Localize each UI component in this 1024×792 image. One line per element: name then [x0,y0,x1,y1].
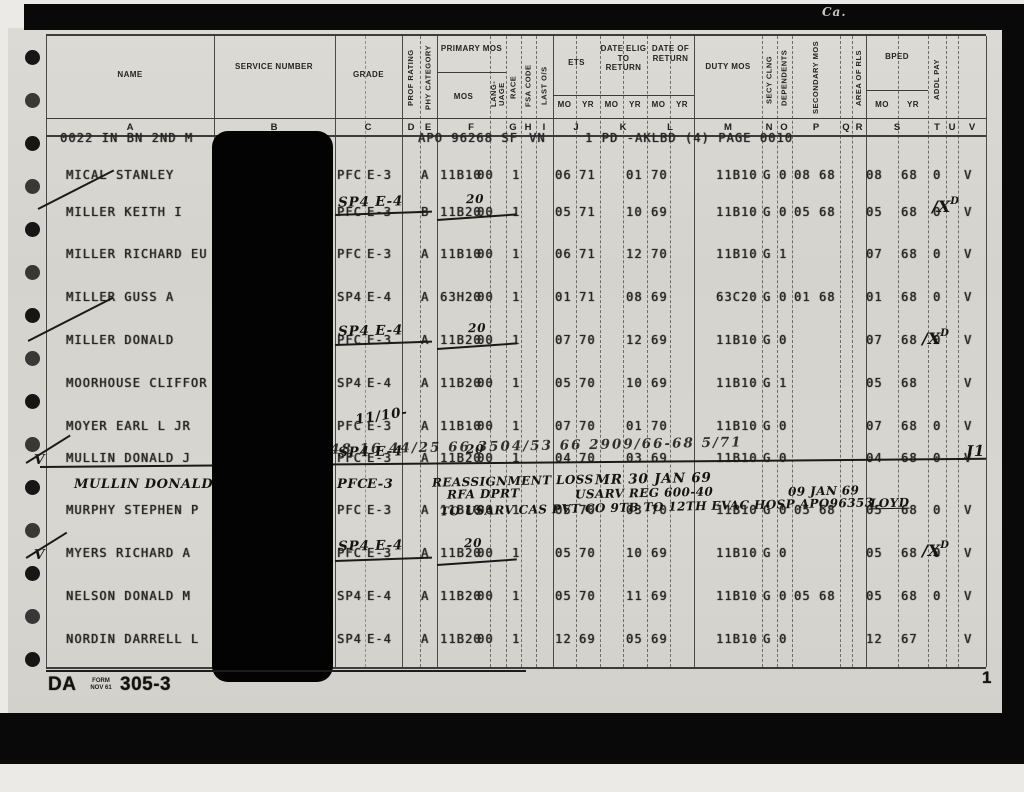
roster-cell-o: 1 [779,247,792,267]
roster-cell-s_yr: 68 [901,419,927,439]
roster-cell-s_mo: 01 [866,290,894,310]
roster-cell-j_yr: 71 [579,205,601,225]
roster-cell-name: MOYER EARL L JR [66,419,226,439]
roster-cell-duty: 11B10 [716,632,768,652]
roster-cell-j_yr: 70 [579,333,601,353]
roster-cell-g1: SP4 [337,376,365,396]
roster-cell-race: 1 [512,247,524,267]
roster-cell-j_mo: 12 [555,632,577,652]
roster-cell-g2: E-4 [367,376,400,396]
roster-cell-phy: A [421,632,435,652]
punch-hole [25,480,40,495]
column-header-vertical: FSA CODE [521,56,536,116]
roster-cell-lang: 00 [477,632,503,652]
column-header-vertical: DEPENDENTS [777,40,792,116]
punch-hole [25,351,40,366]
roster-cell-race: 1 [512,419,524,439]
column-rule [335,36,336,667]
column-header: MOS [437,92,490,102]
roster-cell-lang: 00 [477,290,503,310]
handwritten-x-mark: /XD [922,328,949,348]
punch-hole [25,50,40,65]
roster-cell-t: 0 [933,247,946,267]
punch-hole [25,93,40,108]
roster-cell-mos: 11B20 [440,205,482,225]
column-rule [986,36,987,667]
roster-cell-lang: 00 [477,168,503,188]
roster-cell-k_mo: 10 [626,546,648,566]
roster-cell-p: 08 68 [794,168,838,188]
roster-cell-s_mo: 05 [866,376,894,396]
roster-cell-v: V [964,247,982,267]
roster-cell-phy: A [421,168,435,188]
roster-cell-k_yr: 69 [651,589,673,609]
org-row-text: APO 96268 SF [418,131,518,151]
punch-hole [25,523,40,538]
roster-cell-k_yr: 69 [651,632,673,652]
column-header: ETS [553,58,600,68]
roster-cell-k_mo: 10 [626,205,648,225]
punch-hole [25,437,40,452]
roster-cell-mos: 11B20 [440,333,482,353]
roster-cell-k_yr: 69 [651,546,673,566]
roster-cell-duty: 11B10 [716,376,768,396]
roster-cell-j_mo: 06 [555,168,577,188]
roster-cell-o: 0 [779,290,792,310]
roster-cell-j_mo: 01 [555,290,577,310]
roster-cell-n: G [763,589,776,609]
column-letter: S [885,120,909,135]
column-header: DATE OF RETURN [647,44,694,63]
roster-cell-v: V [964,503,982,523]
yr-subheader: YR [670,100,694,110]
roster-cell-t: 0 [933,419,946,439]
handwritten-annotation: LOYD [870,496,910,511]
roster-cell-k_mo: 11 [626,589,648,609]
roster-cell-v: V [964,168,982,188]
punch-hole [25,265,40,280]
roster-cell-t: 0 [933,168,946,188]
roster-cell-phy: A [421,333,435,353]
handwritten-annotation: RFA DPRT [447,486,520,502]
punch-hole [25,394,40,409]
roster-cell-j_yr: 70 [579,589,601,609]
roster-cell-g1: SP4 [337,632,365,652]
roster-cell-g2: E-3 [367,168,400,188]
table-rule [46,34,986,36]
column-header: DATE ELIG TO RETURN [600,44,647,73]
column-letter: C [356,120,380,135]
x-mark-superscript: D [940,328,949,339]
mo-subheader: MO [866,100,898,110]
roster-cell-k_mo: 01 [626,168,648,188]
roster-cell-v: V [964,290,982,310]
roster-cell-s_mo: 05 [866,589,894,609]
form-edition-line2: NOV 61 [90,685,111,691]
roster-cell-g2: E-3 [367,477,400,497]
roster-cell-v: V [964,333,982,353]
roster-cell-v: V [964,546,982,566]
roster-cell-n: G [763,205,776,225]
roster-cell-lang: 00 [477,376,503,396]
roster-cell-j_mo: 06 [555,247,577,267]
roster-cell-name: MILLER RICHARD EU [66,247,226,267]
mo-subheader: MO [553,100,576,110]
roster-cell-g1: SP4 [337,589,365,609]
roster-cell-s_yr: 68 [901,290,927,310]
roster-cell-n: G [763,168,776,188]
handwritten-annotation: SP4 E-4 [338,193,403,210]
roster-cell-phy: A [421,589,435,609]
roster-cell-s_mo: 07 [866,419,894,439]
roster-cell-name: NELSON DONALD M [66,589,226,609]
roster-cell-g2: E-3 [367,247,400,267]
roster-cell-k_mo: 12 [626,247,648,267]
roster-cell-o: 0 [779,419,792,439]
corner-pencil-mark: Ca. [822,5,847,19]
roster-cell-n: G [763,376,776,396]
roster-cell-g1: PFC [337,168,365,188]
roster-cell-g2: E-4 [367,632,400,652]
roster-cell-mos: 11B10 [440,419,482,439]
redaction-bar [212,131,333,682]
roster-cell-k_yr: 70 [651,247,673,267]
punch-hole [25,222,40,237]
roster-cell-name: MULLIN DONALD J [66,451,226,471]
roster-cell-p: 01 68 [794,290,838,310]
column-header: PRIMARY MOS [437,44,506,54]
roster-cell-duty: 63C20 [716,290,768,310]
handwritten-annotation: 20 [464,536,483,550]
roster-cell-name: MOORHOUSE CLIFFOR [66,376,226,396]
punch-hole [25,179,40,194]
roster-cell-n: G [763,632,776,652]
roster-cell-mos: 11B10 [440,168,482,188]
roster-cell-t: 0 [933,503,946,523]
scanned-roster-page: NAMESERVICE NUMBERGRADEPRIMARY MOSMOSETS… [0,0,1024,792]
scan-bottom-edge [0,713,1024,764]
roster-cell-lang: 00 [477,419,503,439]
roster-cell-mos: 63H20 [440,290,482,310]
roster-cell-lang: 00 [477,589,503,609]
punch-hole [25,566,40,581]
roster-cell-o: 0 [779,546,792,566]
roster-cell-g2: E-3 [367,503,400,523]
roster-cell-j_yr: 71 [579,247,601,267]
roster-cell-g1: PFC [337,503,365,523]
column-letter: P [804,120,828,135]
handwritten-annotation: 20 [468,321,487,335]
handwritten-annotation: 20 [466,442,485,456]
roster-cell-mos: 11B10 [440,247,482,267]
roster-cell-s_mo: 05 [866,546,894,566]
roster-cell-k_yr: 69 [651,290,673,310]
roster-cell-j_yr: 71 [579,290,601,310]
roster-cell-n: G [763,419,776,439]
roster-cell-s_mo: 04 [866,451,894,471]
column-header-vertical: PROF RATING [402,40,420,116]
roster-cell-t: 0 [933,290,946,310]
roster-cell-k_mo: 12 [626,333,648,353]
roster-cell-v: V [964,589,982,609]
roster-cell-j_yr: 70 [579,376,601,396]
column-header-vertical: SECY CLNG [762,44,777,116]
yr-subheader: YR [898,100,928,110]
roster-cell-o: 0 [779,205,792,225]
roster-cell-g2: E-4 [367,290,400,310]
column-header: GRADE [335,70,402,80]
roster-cell-lang: 00 [477,247,503,267]
x-mark-superscript: D [940,540,949,551]
roster-cell-g1: PFC [337,247,365,267]
table-rule [866,90,928,91]
x-mark-text: /X [922,541,940,560]
mo-subheader: MO [647,100,670,110]
roster-cell-duty: 11B10 [716,589,768,609]
roster-cell-s_yr: 68 [901,376,927,396]
x-mark-text: /X [932,197,950,216]
roster-cell-v: V [964,205,982,225]
handwritten-annotation: SP4 E-4 [338,443,403,460]
x-mark-superscript: D [950,196,959,207]
roster-cell-phy: B [421,205,435,225]
scan-top-edge [24,4,1024,30]
column-header: BPED [866,52,928,62]
form-code: DA [48,674,76,696]
roster-cell-race: 1 [512,589,524,609]
roster-cell-g2: E-4 [367,589,400,609]
handwritten-annotation: SP4 E-4 [338,537,403,554]
page-number: 1 [982,668,991,688]
punch-hole [25,136,40,151]
roster-cell-n: G [763,290,776,310]
column-header: SERVICE NUMBER [234,62,314,72]
roster-cell-duty: 11B10 [716,168,768,188]
roster-cell-o: 0 [779,632,792,652]
table-rule [553,95,694,96]
roster-cell-phy: A [421,290,435,310]
roster-cell-name: MULLIN DONALD J [74,477,234,497]
roster-cell-race: 1 [512,290,524,310]
roster-cell-o: 1 [779,376,792,396]
roster-cell-j_mo: 05 [555,546,577,566]
x-mark-text: /X [922,329,940,348]
form-edition: FORM NOV 61 [86,678,116,691]
table-rule [46,667,986,669]
roster-cell-k_yr: 69 [651,376,673,396]
roster-cell-s_mo: 07 [866,247,894,267]
form-edition-line1: FORM [92,678,110,684]
roster-cell-o: 0 [779,333,792,353]
roster-cell-race: 1 [512,632,524,652]
roster-cell-k_yr: 70 [651,168,673,188]
roster-cell-j_mo: 05 [555,376,577,396]
punch-hole [25,308,40,323]
column-header-vertical: PHY CATEGORY [420,38,437,116]
roster-cell-s_mo: 07 [866,333,894,353]
roster-cell-v: V [964,632,982,652]
roster-cell-duty: 11B10 [716,247,768,267]
scan-right-edge [1002,4,1024,764]
roster-cell-mos: 11B20 [440,632,482,652]
footer-rule [46,670,526,672]
roster-cell-duty: 11B10 [716,546,768,566]
roster-cell-race: 1 [512,546,524,566]
punch-hole [25,652,40,667]
roster-cell-s_yr: 67 [901,632,927,652]
column-header-vertical: AREA OF RLS [852,40,866,116]
org-row-text: 1 PD -AKLBD (4) PAGE 0010 [585,131,793,151]
roster-cell-n: G [763,247,776,267]
handwritten-annotation: 20 [466,192,485,206]
column-rule [46,36,47,667]
roster-cell-s_yr: 68 [901,451,927,471]
roster-cell-name: MILLER DONALD [66,333,226,353]
column-letter: R [847,120,871,135]
roster-cell-s_mo: 05 [866,205,894,225]
roster-cell-s_mo: 12 [866,632,894,652]
roster-cell-j_mo: 07 [555,419,577,439]
roster-cell-v: V [964,376,982,396]
org-row-text: VN [529,131,546,151]
form-number: 305-3 [120,674,171,696]
roster-cell-t: 0 [933,589,946,609]
roster-cell-k_yr: 69 [651,333,673,353]
column-letter: V [960,120,984,135]
roster-cell-p: 05 68 [794,589,838,609]
roster-cell-mos: 11B20 [440,376,482,396]
roster-cell-duty: 11B10 [716,205,768,225]
roster-cell-n: G [763,546,776,566]
column-header-vertical: LANG-UAGE [490,72,506,116]
roster-cell-race: 1 [512,168,524,188]
roster-cell-j_yr: 70 [579,546,601,566]
column-header-vertical: SECONDARY MOS [792,38,840,116]
roster-cell-o: 0 [779,589,792,609]
roster-cell-o: 0 [779,168,792,188]
column-header: DUTY MOS [694,62,762,72]
handwritten-x-mark: /XD [932,196,959,216]
roster-cell-j_yr: 69 [579,632,601,652]
roster-cell-phy: A [421,503,435,523]
handwritten-x-mark: /XD [922,540,949,560]
column-header-vertical: LAST O/S [536,56,553,116]
mo-subheader: MO [600,100,623,110]
roster-cell-mos: 11B20 [440,589,482,609]
roster-cell-n: G [763,333,776,353]
roster-cell-name: MILLER KEITH I [66,205,226,225]
roster-cell-s_yr: 68 [901,205,927,225]
roster-cell-name: MICAL STANLEY [66,168,226,188]
roster-cell-j_mo: 07 [555,333,577,353]
roster-cell-name: MYERS RICHARD A [66,546,226,566]
table-rule [46,118,986,119]
handwritten-annotation: SP4 E-4 [338,322,403,339]
roster-cell-phy: A [421,376,435,396]
roster-cell-k_yr: 69 [651,205,673,225]
roster-cell-name: NORDIN DARRELL L [66,632,226,652]
roster-cell-t: 0 [933,451,946,471]
roster-cell-g1: PFC [337,477,365,497]
yr-subheader: YR [576,100,600,110]
org-row-text: 0022 IN BN 2ND M [60,131,193,151]
column-header-vertical: RACE [506,58,521,116]
roster-cell-j_mo: 05 [555,205,577,225]
roster-cell-p: 05 68 [794,205,838,225]
roster-cell-k_mo: 10 [626,376,648,396]
yr-subheader: YR [623,100,647,110]
roster-cell-phy: A [421,419,435,439]
roster-cell-phy: A [421,247,435,267]
roster-cell-j_mo: 05 [555,589,577,609]
roster-cell-name: MURPHY STEPHEN P [66,503,226,523]
roster-cell-v: V [964,419,982,439]
column-header: NAME [46,70,214,80]
roster-cell-s_yr: 68 [901,247,927,267]
roster-cell-race: 1 [512,376,524,396]
roster-cell-s_yr: 68 [901,168,927,188]
roster-cell-k_mo: 08 [626,290,648,310]
column-header-vertical: ADDL PAY [928,44,946,116]
roster-cell-j_yr: 71 [579,168,601,188]
roster-cell-g1: SP4 [337,290,365,310]
roster-cell-s_yr: 68 [901,589,927,609]
roster-cell-k_mo: 05 [626,632,648,652]
punch-hole [25,609,40,624]
roster-cell-s_mo: 08 [866,168,894,188]
roster-cell-duty: 11B10 [716,333,768,353]
